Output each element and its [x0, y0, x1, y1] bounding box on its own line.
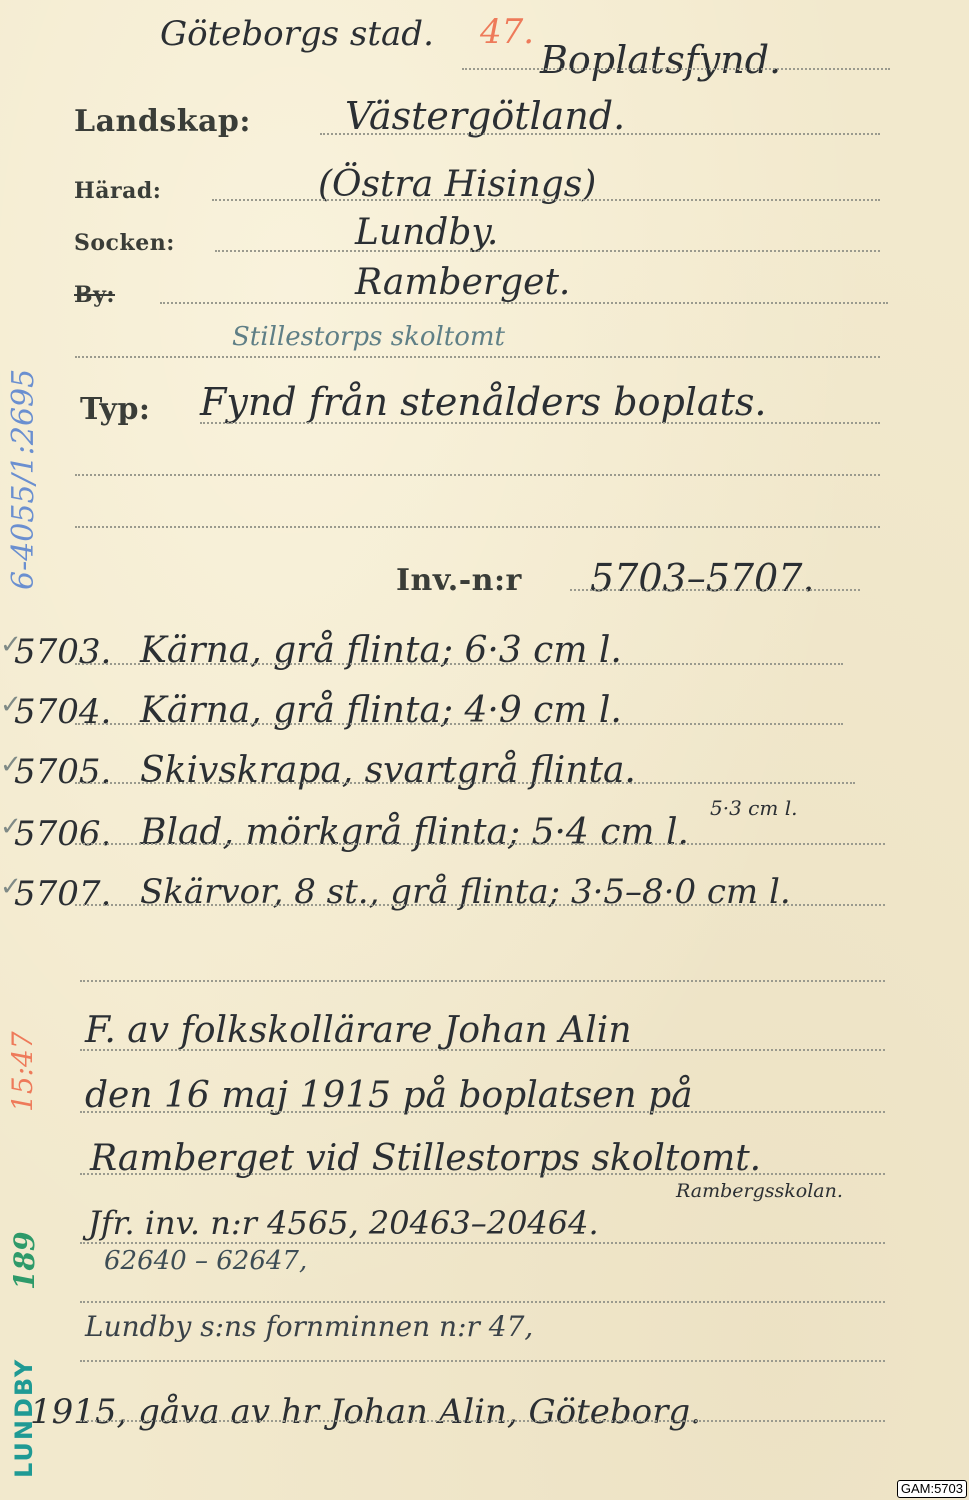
header-city: Göteborgs stad. — [160, 14, 434, 54]
label-socken: Socken: — [74, 230, 175, 256]
label-landskap: Landskap: — [74, 104, 251, 139]
margin-blue-reference: 6-4055/1:2695 — [6, 369, 41, 590]
pencil-note-stillestorp: Stillestorps skoltomt — [232, 322, 505, 352]
note-line-2: den 16 maj 1915 på boplatsen på — [85, 1075, 693, 1116]
inv-dotted-line — [570, 589, 860, 591]
item-number: 5707. — [14, 874, 111, 914]
note-dotted-line — [80, 1242, 885, 1244]
item-number: 5705. — [14, 752, 111, 792]
value-landskap: Västergötland. — [345, 94, 625, 138]
item-number: 5706. — [14, 814, 111, 854]
note-line-4: Jfr. inv. n:r 4565, 20463–20464. — [88, 1204, 599, 1242]
socken-dotted-line — [215, 250, 880, 252]
header-red-number: 47. — [480, 12, 534, 52]
landskap-dotted-line — [320, 133, 880, 135]
header-dotted-line — [462, 68, 890, 70]
catalog-id-stamp: GAM:5703 — [897, 1480, 967, 1498]
note-dotted-line — [80, 1301, 885, 1303]
by-dotted-line — [160, 302, 888, 304]
margin-green-number: 189 — [8, 1232, 41, 1290]
item-dotted-line — [75, 723, 843, 725]
note-dotted-line — [80, 1111, 885, 1113]
margin-red-reference: 15:47 — [6, 1031, 39, 1112]
item-dotted-line — [75, 904, 885, 906]
note-dotted-line — [80, 1173, 885, 1175]
item-superscript-correction: 5·3 cm l. — [710, 796, 797, 820]
value-inv-range: 5703–5707. — [590, 556, 815, 600]
label-harad: Härad: — [74, 178, 161, 204]
item-description: Blad, mörkgrå flinta; 5·4 cm l. — [140, 812, 689, 853]
label-typ: Typ: — [80, 392, 151, 427]
value-typ: Fynd från stenålders boplats. — [200, 380, 766, 424]
item-dotted-line — [75, 782, 855, 784]
note-dotted-line — [80, 1360, 885, 1362]
note-line-6: Lundby s:ns fornminnen n:r 47, — [85, 1310, 533, 1343]
blank-dotted-line-1 — [75, 474, 880, 476]
item-dotted-line — [75, 663, 843, 665]
note-dotted-line — [80, 1420, 885, 1422]
pencil-note-dotted-line — [75, 356, 880, 358]
value-by: Ramberget. — [355, 262, 570, 303]
catalog-card: Göteborgs stad. 47. Boplatsfynd. Landska… — [0, 0, 969, 1500]
note-line-5: 62640 – 62647, — [104, 1246, 307, 1276]
blank-dotted-line-3 — [80, 980, 885, 982]
label-inv-nr: Inv.-n:r — [396, 563, 522, 598]
item-dotted-line — [75, 843, 885, 845]
item-description: Skivskrapa, svartgrå flinta. — [140, 750, 636, 791]
note-dotted-line — [80, 1049, 885, 1051]
note-line-1: F. av folkskollärare Johan Alin — [85, 1010, 632, 1051]
blank-dotted-line-2 — [75, 526, 880, 528]
item-description: Skärvor, 8 st., grå flinta; 3·5–8·0 cm l… — [140, 872, 791, 912]
label-by: By: — [74, 282, 115, 308]
margin-teal-lundby: LUNDBY — [10, 1358, 38, 1478]
item-number: 5704. — [14, 692, 111, 732]
note-line-7: 1915, gåva av hr Johan Alin, Göteborg. — [30, 1392, 701, 1432]
harad-dotted-line — [212, 199, 880, 201]
note-superscript-rambergsskolan: Rambergsskolan. — [676, 1180, 843, 1202]
value-socken: Lundby. — [355, 212, 498, 253]
item-number: 5703. — [14, 632, 111, 672]
header-category: Boplatsfynd. — [540, 38, 781, 82]
typ-dotted-line — [200, 422, 880, 424]
